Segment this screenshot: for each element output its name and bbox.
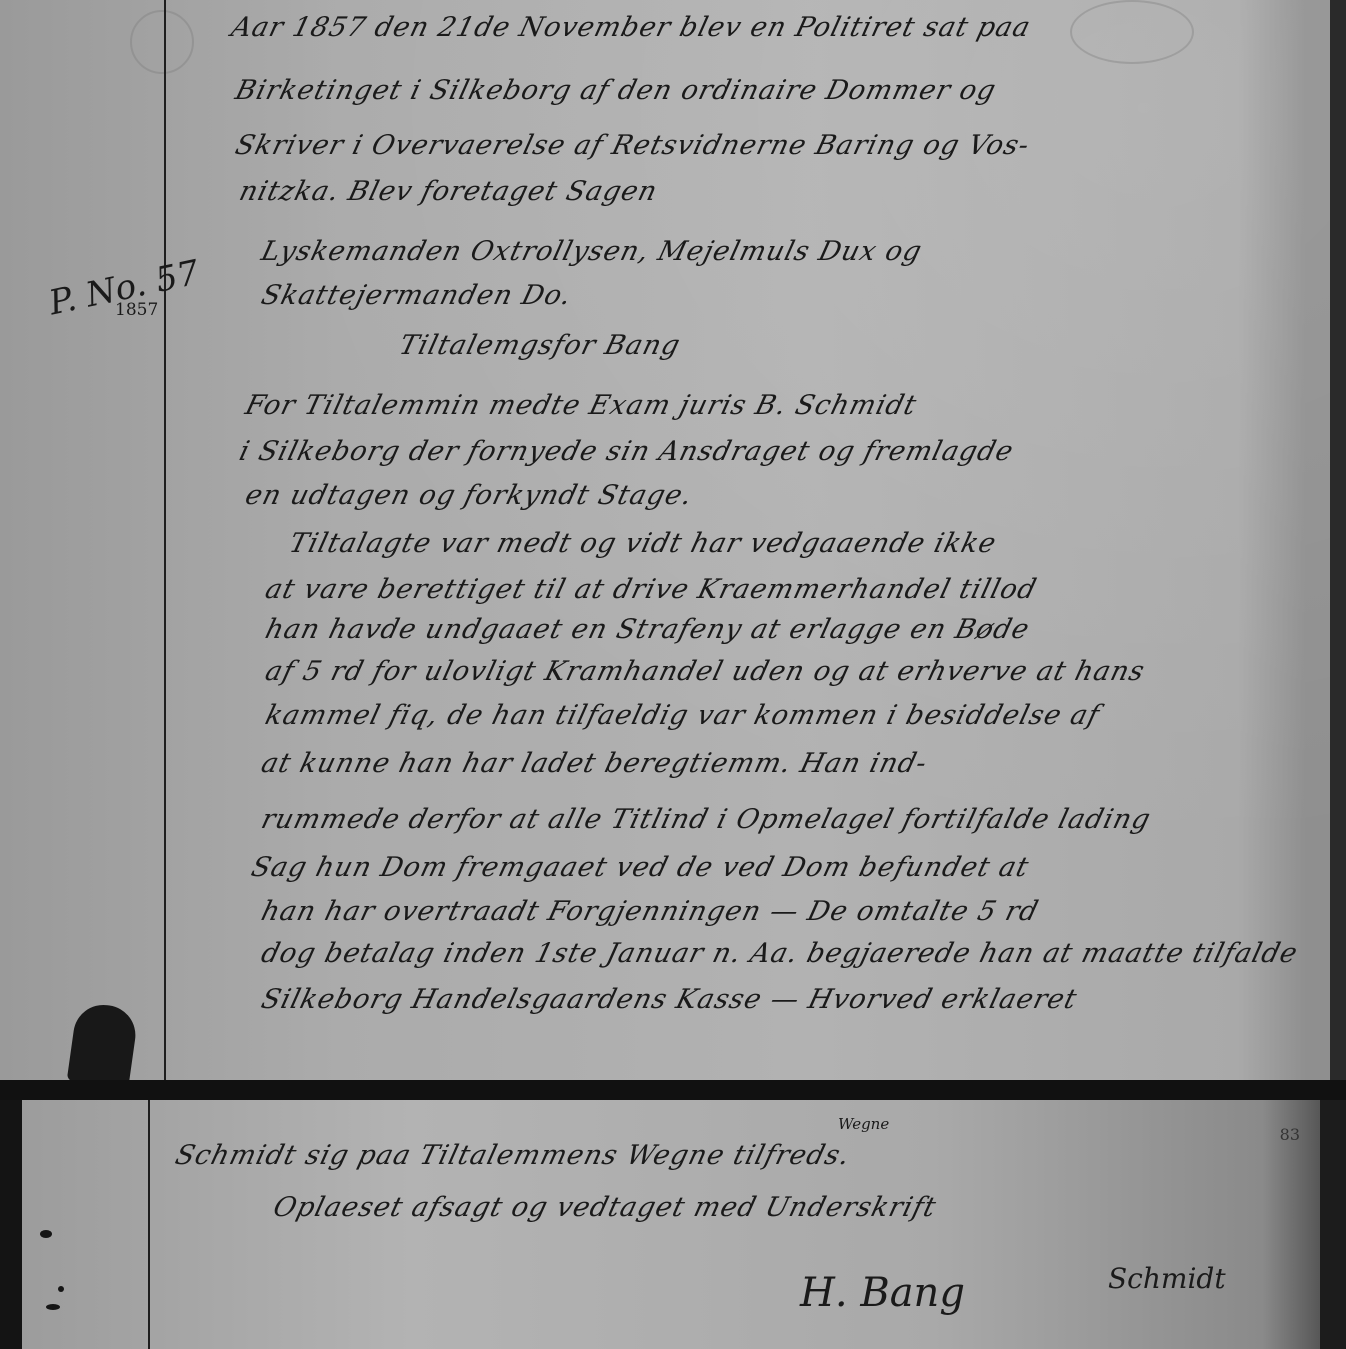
margin-case-year: 1857 (115, 300, 158, 320)
signature: H. Bang (800, 1270, 965, 1316)
text-line: at vare berettiget til at drive Kraemmer… (262, 574, 1040, 605)
text-line: dog betalag inden 1ste Januar n. Aa. beg… (258, 938, 1301, 969)
signature: Schmidt (1108, 1262, 1226, 1295)
margin-rule (148, 1100, 150, 1349)
text-line: at kunne han har ladet beregtiemm. Han i… (258, 748, 931, 779)
text-line: Oplaeset afsagt og vedtaget med Underskr… (270, 1192, 940, 1223)
text-line: af 5 rd for ulovligt Kramhandel uden og … (262, 656, 1148, 687)
page-edge (0, 1100, 22, 1349)
text-line: Schmidt sig paa Tiltalemmens Wegne tilfr… (172, 1140, 853, 1171)
text-line: han havde undgaaet en Strafeny at erlagg… (262, 614, 1033, 645)
ink-speck (40, 1230, 52, 1238)
ink-speck (46, 1304, 60, 1310)
text-line: en udtagen og forkyndt Stage. (242, 480, 696, 511)
page-edge (1330, 0, 1346, 1080)
paper-stain (130, 10, 194, 74)
text-line: For Tiltalemmin medte Exam juris B. Schm… (242, 390, 920, 421)
text-line: han har overtraadt Forgjenningen — De om… (258, 896, 1042, 927)
text-line: Skriver i Overvaerelse af Retsvidnerne B… (232, 130, 1033, 161)
text-line: Silkeborg Handelsgaardens Kasse — Hvorve… (258, 984, 1080, 1015)
paper-stain (1070, 0, 1194, 64)
text-line: rummede derfor at alle Titlind i Opmelag… (258, 804, 1154, 835)
text-line: Aar 1857 den 21de November blev en Polit… (228, 12, 1034, 43)
text-line: i Silkeborg der fornyede sin Ansdraget o… (236, 436, 1017, 467)
text-line: Birketinget i Silkeborg af den ordinaire… (232, 75, 999, 106)
manuscript-page-lower (18, 1100, 1328, 1349)
ink-speck (58, 1286, 64, 1292)
manuscript-page-upper: P. No. 57 1857 Aar 1857 den 21de Novembe… (0, 0, 1346, 1080)
text-line: kammel fiq, de han tilfaeldig var kommen… (262, 700, 1103, 731)
folio-number: 83 (1280, 1125, 1300, 1144)
text-line: Lyskemanden Oxtrollysen, Mejelmuls Dux o… (258, 236, 925, 267)
text-line: nitzka. Blev foretaget Sagen (236, 176, 661, 207)
photographer-thumb-shadow (67, 1001, 140, 1080)
page-edge (1320, 1100, 1346, 1349)
text-line: Skattejermanden Do. (258, 280, 575, 311)
margin-rule (164, 0, 166, 1080)
page-gap (0, 1080, 1346, 1102)
text-line: Sag hun Dom fremgaaet ved de ved Dom bef… (248, 852, 1032, 883)
interlinear-insert: Wegne (838, 1115, 889, 1133)
text-line: Tiltalagte var medt og vidt har vedgaaen… (286, 528, 1000, 559)
text-line: Tiltalemgsfor Bang (396, 330, 684, 361)
